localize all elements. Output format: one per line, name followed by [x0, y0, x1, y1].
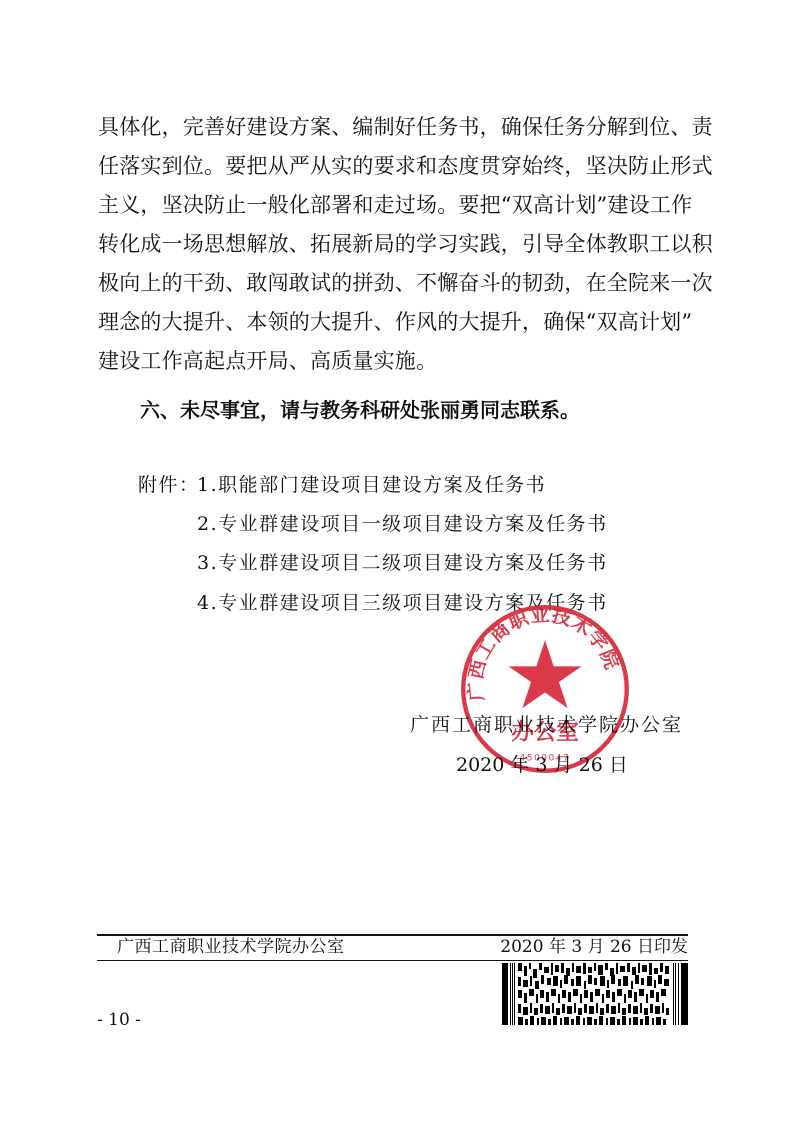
star-icon	[508, 640, 581, 708]
body-paragraph-line: 具体化，完善好建设方案、编制好任务书，确保任务分解到位、责	[98, 114, 688, 140]
signature-date: 2020 年 3 月 26 日	[456, 752, 628, 778]
attachment-item: 2.专业群建设项目一级项目建设方案及任务书	[197, 511, 608, 537]
document-page: 具体化，完善好建设方案、编制好任务书，确保任务分解到位、责 任落实到位。要把从严…	[0, 0, 794, 1123]
body-paragraph-line: 理念的大提升、本领的大提升、作风的大提升，确保“双高计划”	[98, 309, 688, 335]
attachments-label: 附件：	[138, 472, 200, 498]
footer-issue-date: 2020 年 3 月 26 日印发	[500, 935, 688, 959]
body-paragraph-line: 建设工作高起点开局、高质量实施。	[98, 348, 437, 374]
attachment-item: 3.专业群建设项目二级项目建设方案及任务书	[197, 550, 608, 576]
signer-organization: 广西工商职业技术学院办公室	[410, 712, 683, 738]
body-paragraph-line: 主义，坚决防止一般化部署和走过场。要把“双高计划”建设工作	[98, 192, 688, 218]
body-paragraph-line: 转化成一场思想解放、拓展新局的学习实践，引导全体教职工以积	[98, 231, 688, 257]
pdf417-barcode-icon	[502, 963, 688, 1025]
footer-issuer: 广西工商职业技术学院办公室	[117, 935, 345, 959]
body-paragraph-line: 极向上的干劲、敢闯敢试的拼劲、不懈奋斗的韧劲，在全院来一次	[98, 270, 688, 296]
section-six-heading: 六、未尽事宜，请与教务科研处张丽勇同志联系。	[140, 397, 580, 423]
page-number: - 10 -	[97, 1008, 141, 1032]
official-seal-stamp: 广西工商职业技术学院 办公室 4500047	[458, 602, 632, 776]
attachment-item: 1.职能部门建设项目建设方案及任务书	[197, 472, 546, 498]
footer-bottom-rule	[97, 960, 688, 961]
body-paragraph-line: 任落实到位。要把从严从实的要求和态度贯穿始终，坚决防止形式	[98, 153, 688, 179]
